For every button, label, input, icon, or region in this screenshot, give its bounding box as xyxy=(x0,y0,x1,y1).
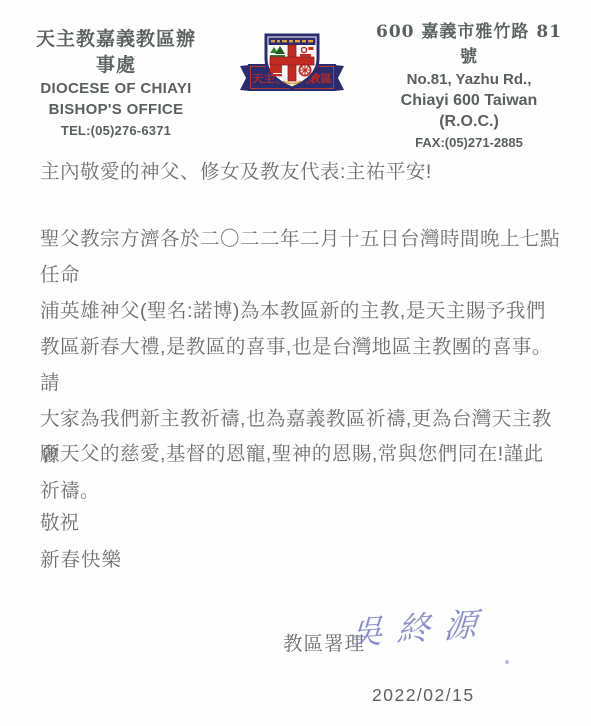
fax-number: FAX:(05)271-2885 xyxy=(376,132,562,153)
greeting-line: 主內敬愛的神父、修女及教友代表:主祐平安! xyxy=(40,156,565,184)
office-name-en: BISHOP'S OFFICE xyxy=(28,99,204,120)
header-right-block: 600 嘉義市雅竹路 81 號 No.81, Yazhu Rd., Chiayi… xyxy=(376,20,562,153)
closing-wish: 新春快樂 xyxy=(40,544,122,572)
office-title-zh: 天主教嘉義教區辦事處 xyxy=(28,26,204,78)
crest-icon: 天主教嘉義教區 xyxy=(237,33,347,101)
closing-salutation: 敬祝 xyxy=(40,507,79,535)
address-en-line2: Chiayi 600 Taiwan (R.O.C.) xyxy=(376,90,562,132)
body-paragraph-2: 願天父的慈愛,基督的恩寵,聖神的恩賜,常與您們同在!謹此 xyxy=(40,438,570,466)
header-left-block: 天主教嘉義教區辦事處 DIOCESE OF CHIAYI BISHOP'S OF… xyxy=(28,26,204,142)
letter-page: 天主教嘉義教區辦事處 DIOCESE OF CHIAYI BISHOP'S OF… xyxy=(0,0,591,726)
tel-number: TEL:(05)276-6371 xyxy=(28,120,204,142)
address-zh: 600 嘉義市雅竹路 81 號 xyxy=(376,20,562,70)
handwritten-signature: 吳終源 xyxy=(349,596,512,655)
diocese-name-en: DIOCESE OF CHIAYI xyxy=(28,78,204,99)
letter-date: 2022/02/15 xyxy=(372,685,475,706)
signature-ink-dot xyxy=(505,660,509,664)
diocese-crest-logo: 天主教嘉義教區 xyxy=(237,33,347,101)
address-en-line1: No.81, Yazhu Rd., xyxy=(376,70,562,90)
